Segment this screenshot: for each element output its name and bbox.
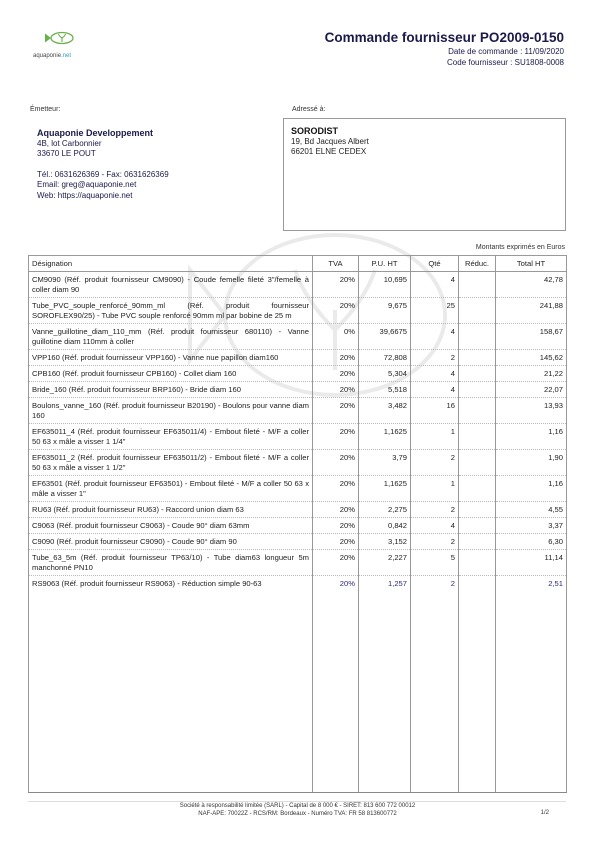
empty-cell	[459, 591, 496, 793]
cell-tva: 20%	[313, 350, 359, 366]
cell-total: 241,88	[496, 298, 567, 324]
cell-quantity: 4	[411, 324, 459, 350]
cell-designation: EF63501 (Réf. produit fournisseur EF6350…	[29, 476, 313, 502]
cell-unit-price: 3,79	[359, 450, 411, 476]
sender-name: Aquaponie Developpement	[37, 128, 169, 139]
cell-designation: EF635011_2 (Réf. produit fournisseur EF6…	[29, 450, 313, 476]
table-row: Tube_63_5m (Réf. produit fournisseur TP6…	[29, 550, 567, 576]
cell-total: 22,07	[496, 382, 567, 398]
cell-tva: 20%	[313, 424, 359, 450]
cell-discount	[459, 476, 496, 502]
cell-designation: CPB160 (Réf. produit fournisseur CPB160)…	[29, 366, 313, 382]
cell-total: 1,16	[496, 476, 567, 502]
table-row: RS9063 (Réf. produit fournisseur RS9063)…	[29, 576, 567, 592]
table-row: VPP160 (Réf. produit fournisseur VPP160)…	[29, 350, 567, 366]
table-row: EF635011_4 (Réf. produit fournisseur EF6…	[29, 424, 567, 450]
cell-discount	[459, 424, 496, 450]
column-header-total: Total HT	[496, 256, 567, 272]
sender-web: Web: https://aquaponie.net	[37, 191, 169, 202]
cell-tva: 20%	[313, 534, 359, 550]
cell-quantity: 5	[411, 550, 459, 576]
cell-quantity: 2	[411, 534, 459, 550]
recipient-address1: 19, Bd Jacques Albert	[291, 137, 369, 148]
cell-designation: RS9063 (Réf. produit fournisseur RS9063)…	[29, 576, 313, 592]
logo-text: aquaponie	[33, 53, 61, 59]
cell-designation: Bride_160 (Réf. produit fournisseur BRP1…	[29, 382, 313, 398]
cell-unit-price: 3,152	[359, 534, 411, 550]
cell-quantity: 4	[411, 518, 459, 534]
cell-designation: RU63 (Réf. produit fournisseur RU63) - R…	[29, 502, 313, 518]
cell-quantity: 16	[411, 398, 459, 424]
column-header-quantity: Qté	[411, 256, 459, 272]
cell-total: 1,16	[496, 424, 567, 450]
cell-discount	[459, 366, 496, 382]
cell-discount	[459, 272, 496, 298]
footer-legal-line1: Société à responsabilité limitée (SARL) …	[0, 803, 595, 809]
column-header-tva: TVA	[313, 256, 359, 272]
cell-discount	[459, 576, 496, 592]
cell-tva: 20%	[313, 450, 359, 476]
cell-discount	[459, 382, 496, 398]
cell-tva: 20%	[313, 398, 359, 424]
cell-discount	[459, 502, 496, 518]
cell-quantity: 25	[411, 298, 459, 324]
table-row: Vanne_guillotine_diam_110_mm (Réf. produ…	[29, 324, 567, 350]
document-title: Commande fournisseur PO2009-0150	[325, 30, 564, 45]
empty-cell	[29, 591, 313, 793]
cell-discount	[459, 350, 496, 366]
recipient-name: SORODIST	[291, 126, 369, 137]
column-header-designation: Désignation	[29, 256, 313, 272]
cell-unit-price: 10,695	[359, 272, 411, 298]
empty-cell	[411, 591, 459, 793]
cell-quantity: 2	[411, 502, 459, 518]
cell-designation: Tube_PVC_souple_renforcé_90mm_ml (Réf. p…	[29, 298, 313, 324]
table-row: Boulons_vanne_160 (Réf. produit fourniss…	[29, 398, 567, 424]
cell-total: 145,62	[496, 350, 567, 366]
currency-note: Montants exprimés en Euros	[476, 244, 565, 251]
footer-divider	[28, 801, 566, 802]
sender-address2: 33670 LE POUT	[37, 149, 169, 160]
cell-quantity: 1	[411, 476, 459, 502]
cell-total: 3,37	[496, 518, 567, 534]
empty-cell	[496, 591, 567, 793]
table-filler-row	[29, 591, 567, 793]
cell-unit-price: 39,6675	[359, 324, 411, 350]
cell-discount	[459, 518, 496, 534]
cell-tva: 20%	[313, 576, 359, 592]
cell-unit-price: 1,1625	[359, 476, 411, 502]
cell-unit-price: 1,1625	[359, 424, 411, 450]
cell-tva: 20%	[313, 550, 359, 576]
cell-tva: 0%	[313, 324, 359, 350]
table-row: C9063 (Réf. produit fournisseur C9063) -…	[29, 518, 567, 534]
cell-unit-price: 5,518	[359, 382, 411, 398]
company-logo: aquaponie.net	[30, 30, 86, 56]
cell-unit-price: 1,257	[359, 576, 411, 592]
cell-designation: C9090 (Réf. produit fournisseur C9090) -…	[29, 534, 313, 550]
footer-legal-line2: NAF-APE: 70022Z - RCS/RM: Bordeaux - Num…	[0, 811, 595, 817]
cell-quantity: 2	[411, 350, 459, 366]
cell-quantity: 2	[411, 450, 459, 476]
cell-tva: 20%	[313, 366, 359, 382]
cell-total: 11,14	[496, 550, 567, 576]
recipient-block: SORODIST 19, Bd Jacques Albert 66201 ELN…	[291, 126, 369, 158]
empty-cell	[359, 591, 411, 793]
cell-unit-price: 3,482	[359, 398, 411, 424]
order-lines-table: Désignation TVA P.U. HT Qté Réduc. Total…	[28, 255, 567, 793]
cell-discount	[459, 550, 496, 576]
cell-unit-price: 2,275	[359, 502, 411, 518]
cell-total: 1,90	[496, 450, 567, 476]
table-row: EF635011_2 (Réf. produit fournisseur EF6…	[29, 450, 567, 476]
cell-unit-price: 5,304	[359, 366, 411, 382]
cell-tva: 20%	[313, 298, 359, 324]
cell-unit-price: 2,227	[359, 550, 411, 576]
cell-tva: 20%	[313, 502, 359, 518]
cell-designation: Tube_63_5m (Réf. produit fournisseur TP6…	[29, 550, 313, 576]
table-row: RU63 (Réf. produit fournisseur RU63) - R…	[29, 502, 567, 518]
cell-total: 2,51	[496, 576, 567, 592]
cell-discount	[459, 534, 496, 550]
sender-block: Aquaponie Developpement 4B, lot Carbonni…	[37, 128, 169, 201]
cell-unit-price: 9,675	[359, 298, 411, 324]
cell-quantity: 4	[411, 272, 459, 298]
cell-designation: CM9090 (Réf. produit fournisseur CM9090)…	[29, 272, 313, 298]
column-header-discount: Réduc.	[459, 256, 496, 272]
cell-total: 4,55	[496, 502, 567, 518]
column-header-unit-price: P.U. HT	[359, 256, 411, 272]
fish-plant-icon	[30, 30, 86, 48]
cell-tva: 20%	[313, 382, 359, 398]
empty-cell	[313, 591, 359, 793]
supplier-code: Code fournisseur : SU1808-0008	[447, 58, 564, 67]
recipient-label: Adressé à:	[292, 106, 325, 113]
cell-designation: Vanne_guillotine_diam_110_mm (Réf. produ…	[29, 324, 313, 350]
table-row: EF63501 (Réf. produit fournisseur EF6350…	[29, 476, 567, 502]
cell-unit-price: 0,842	[359, 518, 411, 534]
cell-discount	[459, 450, 496, 476]
cell-designation: EF635011_4 (Réf. produit fournisseur EF6…	[29, 424, 313, 450]
table-header-row: Désignation TVA P.U. HT Qté Réduc. Total…	[29, 256, 567, 272]
cell-total: 6,30	[496, 534, 567, 550]
sender-label: Émetteur:	[30, 106, 60, 113]
logo-suffix: .net	[61, 53, 71, 59]
table-row: Tube_PVC_souple_renforcé_90mm_ml (Réf. p…	[29, 298, 567, 324]
cell-designation: Boulons_vanne_160 (Réf. produit fourniss…	[29, 398, 313, 424]
cell-total: 21,22	[496, 366, 567, 382]
cell-designation: VPP160 (Réf. produit fournisseur VPP160)…	[29, 350, 313, 366]
cell-discount	[459, 298, 496, 324]
cell-total: 158,67	[496, 324, 567, 350]
sender-address1: 4B, lot Carbonnier	[37, 139, 169, 150]
cell-quantity: 4	[411, 382, 459, 398]
cell-quantity: 1	[411, 424, 459, 450]
cell-tva: 20%	[313, 476, 359, 502]
cell-quantity: 4	[411, 366, 459, 382]
sender-email: Email: greg@aquaponie.net	[37, 180, 169, 191]
cell-discount	[459, 398, 496, 424]
cell-designation: C9063 (Réf. produit fournisseur C9063) -…	[29, 518, 313, 534]
order-date: Date de commande : 11/09/2020	[448, 47, 564, 56]
cell-unit-price: 72,808	[359, 350, 411, 366]
recipient-address2: 66201 ELNE CEDEX	[291, 147, 369, 158]
table-row: Bride_160 (Réf. produit fournisseur BRP1…	[29, 382, 567, 398]
cell-total: 42,78	[496, 272, 567, 298]
table-row: CM9090 (Réf. produit fournisseur CM9090)…	[29, 272, 567, 298]
cell-total: 13,93	[496, 398, 567, 424]
cell-quantity: 2	[411, 576, 459, 592]
cell-tva: 20%	[313, 518, 359, 534]
table-row: CPB160 (Réf. produit fournisseur CPB160)…	[29, 366, 567, 382]
sender-phone: Tél.: 0631626369 - Fax: 0631626369	[37, 170, 169, 181]
cell-tva: 20%	[313, 272, 359, 298]
page-number: 1/2	[541, 810, 549, 816]
table-row: C9090 (Réf. produit fournisseur C9090) -…	[29, 534, 567, 550]
cell-discount	[459, 324, 496, 350]
